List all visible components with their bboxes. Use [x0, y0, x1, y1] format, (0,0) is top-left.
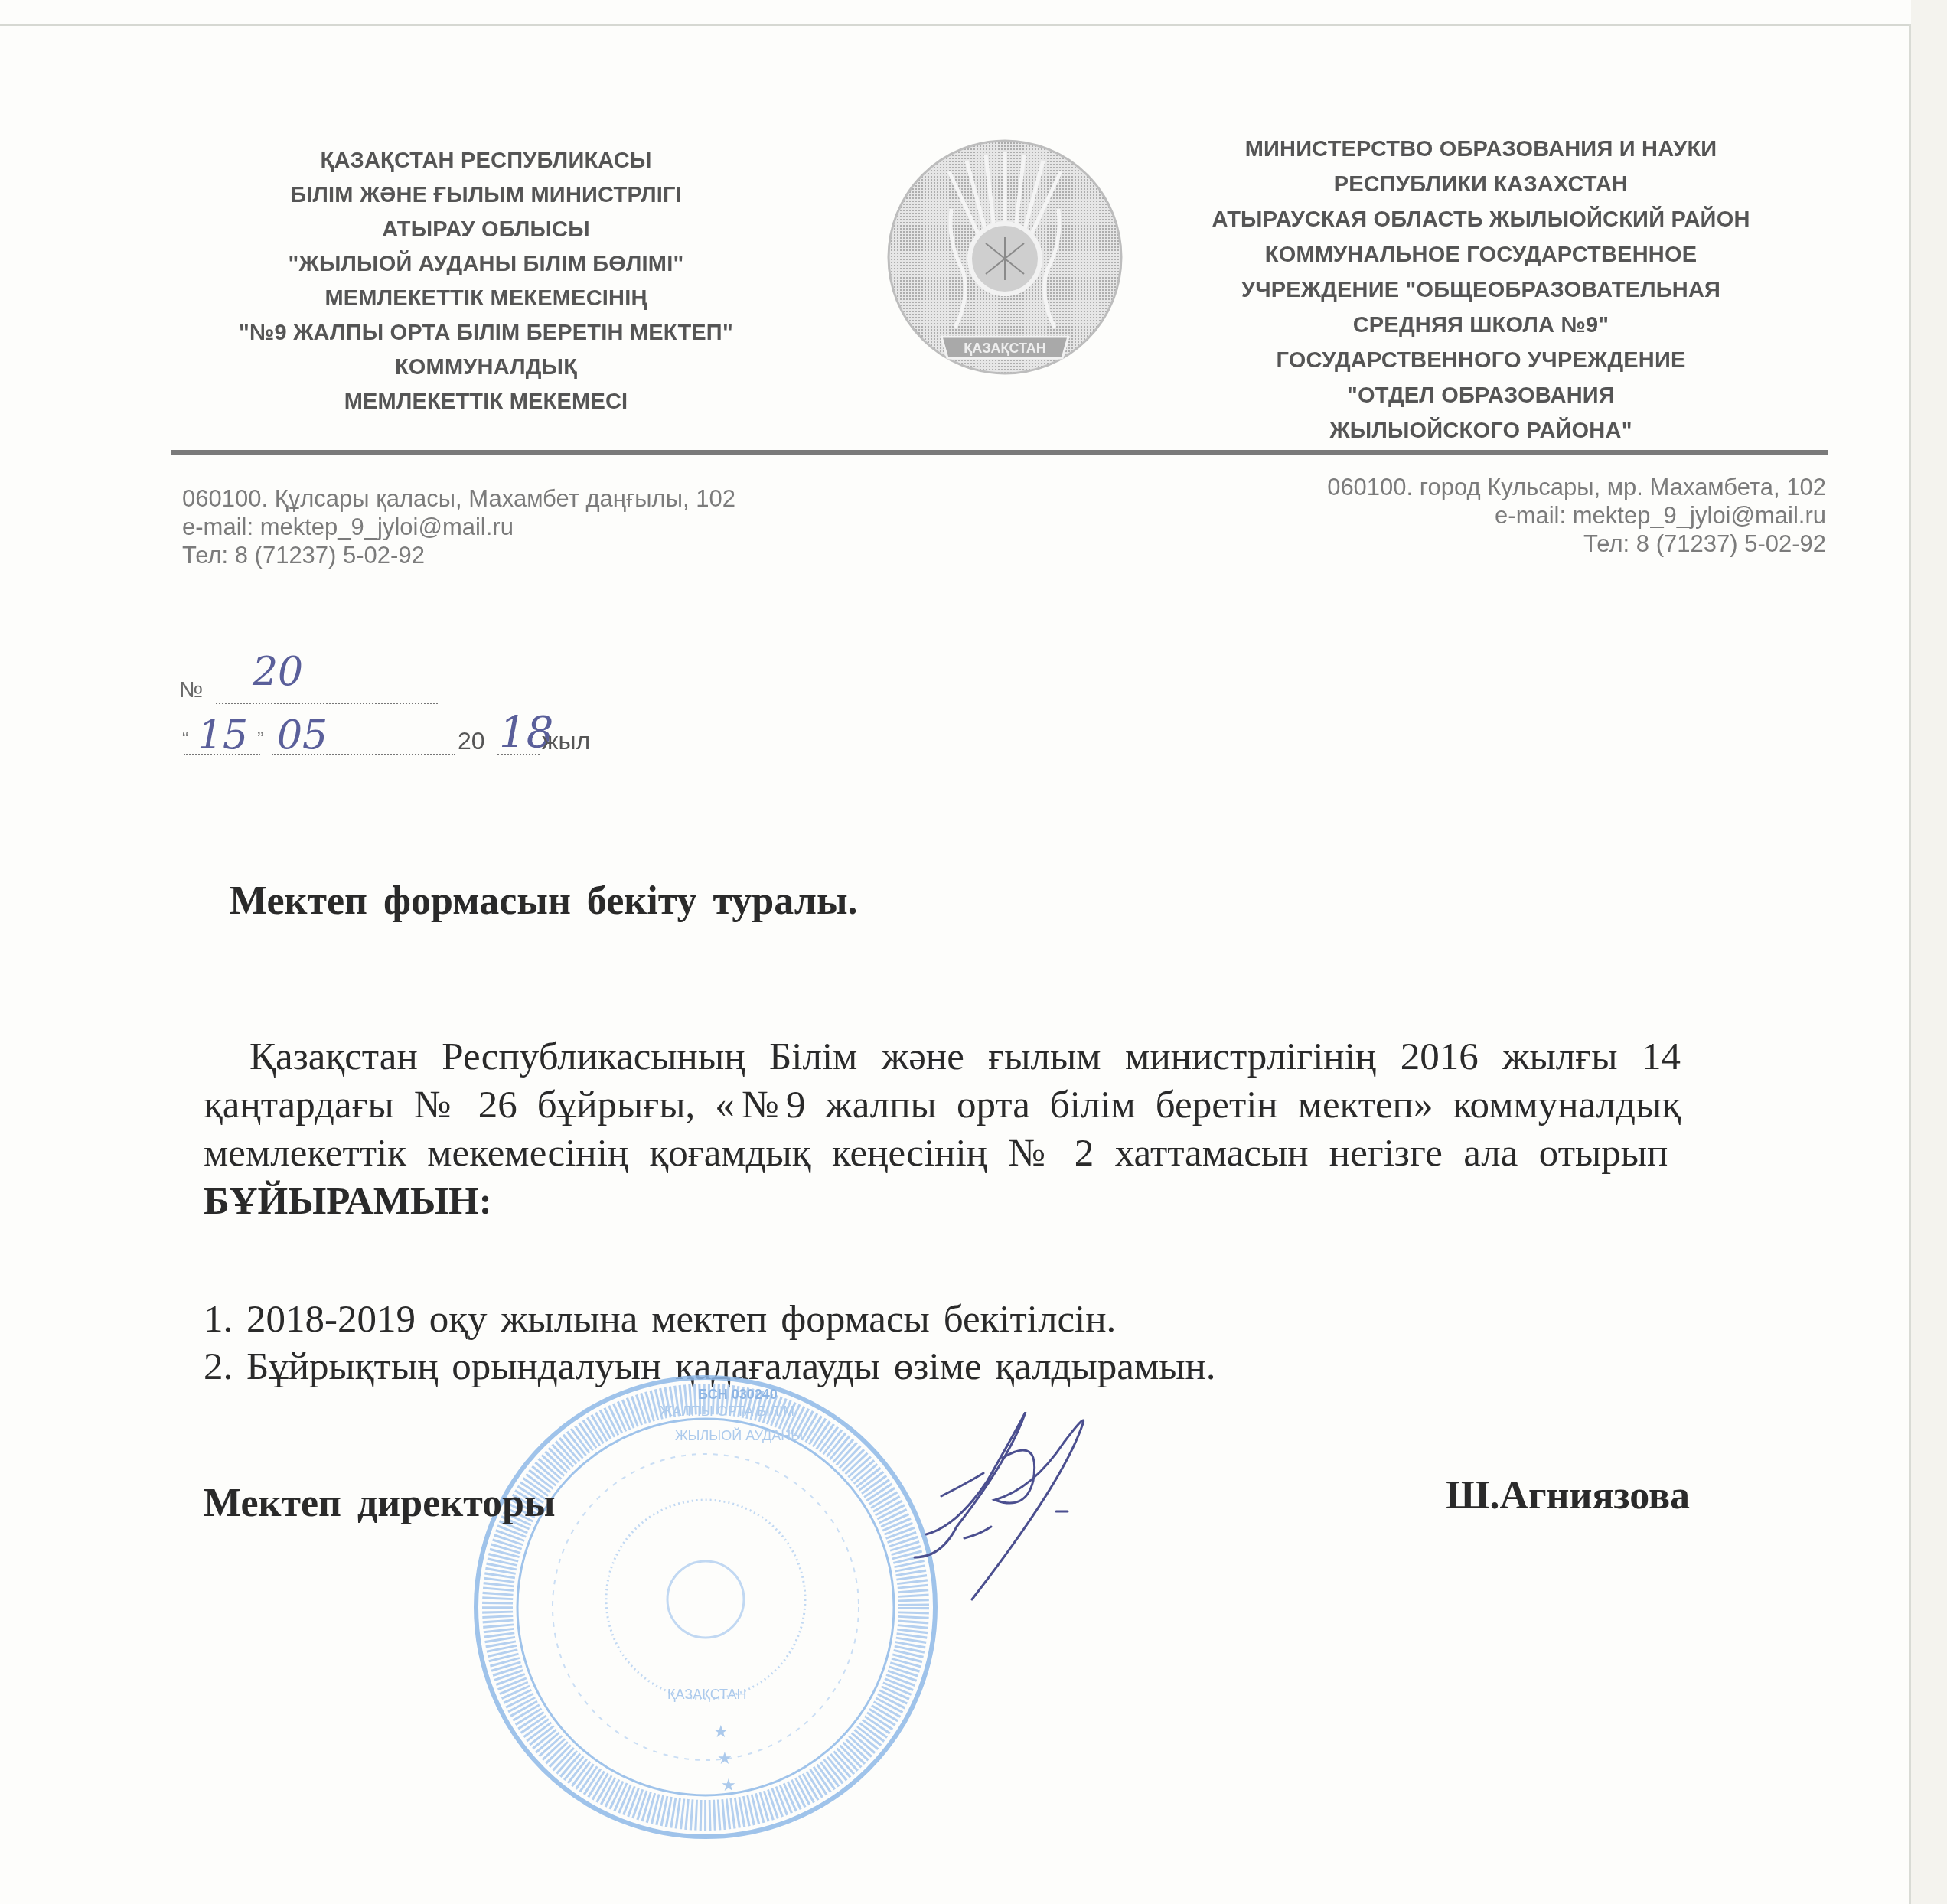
svg-text:ЖЫЛЫОЙ АУДАНЫ: ЖЫЛЫОЙ АУДАНЫ	[675, 1427, 803, 1443]
letterhead-line: ҚАЗАҚСТАН РЕСПУБЛИКАСЫ	[191, 144, 781, 178]
svg-text:★: ★	[721, 1776, 736, 1795]
letterhead-russian: МИНИСТЕРСТВО ОБРАЗОВАНИЯ И НАУКИ РЕСПУБЛ…	[1148, 132, 1814, 448]
body-paragraph: Қазақстан Республикасының Білім және ғыл…	[204, 1033, 1681, 1226]
address-kazakh: 060100. Құлсары қаласы, Махамбет даңғылы…	[182, 484, 735, 569]
year-word: жыл	[542, 727, 590, 755]
svg-text:ҚАЗАҚСТАН: ҚАЗАҚСТАН	[964, 341, 1046, 356]
letterhead-line: МИНИСТЕРСТВО ОБРАЗОВАНИЯ И НАУКИ	[1148, 132, 1814, 167]
letterhead-line: КОММУНАЛДЫҚ	[191, 350, 781, 385]
decree-word: БҰЙЫРАМЫН:	[204, 1180, 492, 1223]
number-underline	[216, 703, 438, 704]
close-quote: ”	[257, 727, 264, 751]
letterhead-line: ГОСУДАРСТВЕННОГО УЧРЕЖДЕНИЕ	[1148, 343, 1814, 378]
svg-text:БСН 030240: БСН 030240	[698, 1387, 778, 1402]
letterhead-kazakh: ҚАЗАҚСТАН РЕСПУБЛИКАСЫ БІЛІМ ЖӘНЕ ҒЫЛЫМ …	[191, 144, 781, 419]
page-edge-right	[1909, 24, 1911, 1904]
phone-number: Тел: 8 (71237) 5-02-92	[1327, 530, 1826, 558]
body-text: Қазақстан Республикасының Білім және ғыл…	[204, 1035, 1681, 1175]
letterhead-line: "ЖЫЛЫОЙ АУДАНЫ БІЛІМ БӨЛІМІ"	[191, 247, 781, 282]
svg-text:★: ★	[713, 1723, 729, 1742]
svg-text:★: ★	[717, 1749, 732, 1769]
date-day-handwritten: 15	[197, 716, 248, 755]
address-line: 060100. город Кульсары, мр. Махамбета, 1…	[1327, 473, 1826, 501]
letterhead-divider	[171, 450, 1828, 455]
letterhead-line: "ОТДЕЛ ОБРАЗОВАНИЯ	[1148, 378, 1814, 413]
email-link: e-mail: mektep_9_jyloi@mail.ru	[182, 513, 735, 541]
year-prefix: 20	[458, 727, 485, 755]
document-number-handwritten: 20	[253, 652, 303, 692]
number-label: №	[179, 678, 203, 703]
letterhead-line: СРЕДНЯЯ ШКОЛА №9"	[1148, 308, 1814, 343]
phone-number: Тел: 8 (71237) 5-02-92	[182, 541, 735, 569]
page-edge-top	[0, 24, 1911, 26]
letterhead-line: МЕМЛЕКЕТТІК МЕКЕМЕСІ	[191, 385, 781, 419]
open-quote: “	[182, 727, 189, 751]
letterhead-line: КОММУНАЛЬНОЕ ГОСУДАРСТВЕННОЕ	[1148, 237, 1814, 272]
email-link: e-mail: mektep_9_jyloi@mail.ru	[1327, 501, 1826, 530]
address-russian: 060100. город Кульсары, мр. Махамбета, 1…	[1327, 473, 1826, 558]
letterhead-line: "№9 ЖАЛПЫ ОРТА БІЛІМ БЕРЕТІН МЕКТЕП"	[191, 316, 781, 350]
address-line: 060100. Құлсары қаласы, Махамбет даңғылы…	[182, 484, 735, 513]
document-title: Мектеп формасын бекіту туралы.	[230, 879, 858, 924]
round-official-seal-icon: ЖАЛПЫ ОРТА БІЛІМ ЖЫЛЫОЙ АУДАНЫ БСН 03024…	[468, 1370, 943, 1844]
svg-text:ЖАЛПЫ ОРТА БІЛІМ: ЖАЛПЫ ОРТА БІЛІМ	[660, 1404, 794, 1419]
letterhead-line: ЖЫЛЫОЙСКОГО РАЙОНА"	[1148, 413, 1814, 448]
signatory-position: Мектеп директоры	[204, 1481, 556, 1526]
svg-text:ҚАЗАҚСТАН: ҚАЗАҚСТАН	[667, 1687, 746, 1702]
letterhead-line: АТЫРАУ ОБЛЫСЫ	[191, 213, 781, 247]
scan-page-shadow	[1911, 0, 1947, 1904]
list-item: 1. 2018-2019 оқу жылына мектеп формасы б…	[204, 1296, 1216, 1343]
letterhead-line: УЧРЕЖДЕНИЕ "ОБЩЕОБРАЗОВАТЕЛЬНАЯ	[1148, 272, 1814, 308]
date-month-handwritten: 05	[277, 716, 328, 755]
day-underline	[184, 754, 260, 755]
letterhead-line: МЕМЛЕКЕТТІК МЕКЕМЕСІНІҢ	[191, 282, 781, 316]
kazakhstan-state-emblem-icon: ҚАЗАҚСТАН	[879, 136, 1131, 389]
director-signature	[911, 1412, 1110, 1611]
letterhead-line: БІЛІМ ЖӘНЕ ҒЫЛЫМ МИНИСТРЛІГІ	[191, 178, 781, 213]
letterhead-line: АТЫРАУСКАЯ ОБЛАСТЬ ЖЫЛЫОЙСКИЙ РАЙОН	[1148, 202, 1814, 237]
signatory-name: Ш.Агниязова	[1446, 1473, 1690, 1518]
letterhead-line: РЕСПУБЛИКИ КАЗАХСТАН	[1148, 167, 1814, 202]
